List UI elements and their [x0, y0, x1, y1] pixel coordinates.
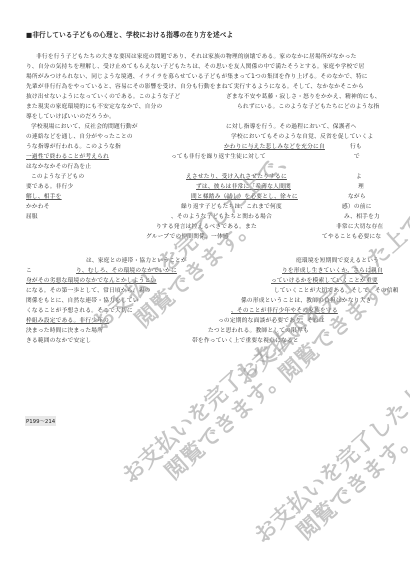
text-segment: 庭環境を短期間で変えるという [296, 256, 379, 266]
text-line: の連絡などを通し、自分がやったことの学校においてもそのような自覚、反省を促してい… [26, 132, 386, 142]
text-segment: 先輩が非行行為をやっていると、容易にその影響を受け、自分も行動をまねて実行するよ… [26, 82, 364, 92]
text-segment: っても非行を繰り返す生徒に対して [171, 152, 266, 162]
text-segment: えさせたり、受け入れさせたりするに [186, 172, 287, 182]
payment-watermark: お支払いを完了した上で、閲覧できます。 [250, 354, 410, 569]
text-segment: たつと思われる。教師としての限界も [208, 326, 309, 336]
text-line: 解し、相手を間と様踏み（試し）を必要とし、徐々にながら [26, 192, 386, 202]
text-segment: っの定期的な面談が必要であり、それは [218, 316, 325, 326]
text-segment: りを形成し生きていくか、さらに親自 [282, 266, 383, 276]
text-segment: ざまな不安や葛藤・寂しさ・怒りをかかえ、精神的にも、 [226, 92, 381, 102]
text-line: になる。その第一歩として、常日頃から、親のしていくことが大切である。そして、その… [26, 286, 386, 296]
text-line: かかわそ繰り返す子どもたちは、これまで何度感）の前に [26, 202, 386, 212]
text-segment: 導をしていけばいいのだろうか。 [26, 112, 115, 122]
text-segment: よ [356, 172, 362, 182]
text-segment: 、そのことが非行少年やその家族を守る [231, 306, 338, 316]
text-line: くなることが予想される。そこで大切に、そのことが非行少年やその家族を守る [26, 306, 386, 316]
text-line: りする発言は控えるべきである。また非常に大切な存在 [26, 222, 386, 232]
text-line: 関係をもとに、自然な連帯・協力をしてい係の形成ということは、教師の負担はかなり大… [26, 296, 386, 306]
text-segment: は、家庭との連帯・協力ということが [86, 256, 187, 266]
text-line: 先輩が非行行為をやっていると、容易にその影響を受け、自分も行動をまねて実行するよ… [26, 82, 386, 92]
text-segment: になる。その第一歩として、常日頃から、親の [26, 286, 151, 296]
text-segment: 繰り返す子どもたちは、これまで何度 [181, 202, 282, 212]
report-title: ■非行している子どもの心理と、学校における指導の在り方を述べよ [26, 29, 233, 39]
text-segment: 学校においてもそのような自覚、反省を促していくよ [231, 132, 374, 142]
document-page: ■非行している子どもの心理と、学校における指導の在り方を述べよ 非行を行う子ども… [0, 0, 410, 580]
text-segment: 係の形成ということは、教師の負担はかなり大き [241, 296, 372, 306]
text-segment: り、むしろ、その環境のなかでいかに [76, 266, 177, 276]
text-segment: 帯を作っていく上で重要な視点になると [192, 336, 299, 346]
text-line: このような子どものえさせたり、受け入れさせたりするによ [26, 172, 386, 182]
text-line: 要である。非行少ずは、彼らは非常に「希薄な人間関理 [26, 182, 386, 192]
text-segment: くなることが予想される。そこで大切に [26, 306, 133, 316]
text-line: 身がその劣悪な環境のなかでなんとかしようといっていけるかを模索していくことが重要 [26, 276, 386, 286]
text-segment: 非行を行う子どもたちの大きな要因は家庭の問題であり、それは家族の物理的崩壊である… [36, 52, 357, 62]
text-line: こり、むしろ、その環境のなかでいかにりを形成し生きていくか、さらに親自 [26, 266, 386, 276]
text-segment: 関係をもとに、自然な連帯・協力をしてい [26, 296, 139, 306]
text-segment: 非常に大切な存在 [336, 222, 384, 232]
text-segment: に対し指導を行う。その過程において、保護者へ [226, 122, 357, 132]
text-line: 非行を行う子どもたちの大きな要因は家庭の問題であり、それは家族の物理的崩壊である… [26, 52, 386, 62]
text-line: 学校現場において、反社会的問題行動がに対し指導を行う。その過程において、保護者へ [26, 122, 386, 132]
text-segment: 一過性で終わることが考えられ [26, 152, 109, 162]
text-segment: ながら [348, 192, 366, 202]
text-segment: 抜け出せないようになっていくのである。このような子ど [26, 92, 180, 102]
text-segment: の連絡などを通し、自分がやったことの [26, 132, 133, 142]
text-segment: み、相手を力 [344, 212, 380, 222]
page-reference: P199～214 [25, 416, 56, 426]
text-segment: うな指導が行われる。このような指 [26, 142, 121, 152]
text-line: はなかなかその行為を止 [26, 162, 386, 172]
text-segment: かかわそ [26, 202, 50, 212]
text-line: 導をしていけばいいのだろうか。 [26, 112, 386, 122]
text-segment: られずにいる。このような子どもたちにどのような指 [237, 102, 380, 112]
text-segment: 身がその劣悪な環境のなかでなんとかしようとい [26, 276, 157, 286]
text-segment: 枠組み設定である。非行少年の [26, 316, 109, 326]
text-line: また現実の家庭環境的にも不安定ななかで、自分のられずにいる。このような子どもたち… [26, 102, 386, 112]
text-segment: かわりに与えた悲しみなどを充分に自 [224, 142, 325, 152]
text-segment: 解し、相手を [26, 192, 62, 202]
text-line: グループでの仲間関係、一体感てやることも必要にな [26, 232, 386, 242]
text-segment: りする発言は控えるべきである。また [156, 222, 257, 232]
text-segment: っていけるかを模索していくことが重要 [271, 276, 378, 286]
text-line: 抜け出せないようになっていくのである。このような子どざまな不安や葛藤・寂しさ・怒… [26, 92, 386, 102]
text-segment: 決まった時間に決まった場所 [26, 326, 103, 336]
text-line: うな指導が行われる。このような指かわりに与えた悲しみなどを充分に自行も [26, 142, 386, 152]
text-segment: 行も [350, 142, 362, 152]
text-line: は、家庭との連帯・協力ということが庭環境を短期間で変えるという [26, 256, 386, 266]
text-segment: グループでの仲間関係、一体感 [146, 232, 229, 242]
text-segment: していくことが大切である。そして、その信頼 [274, 286, 399, 296]
text-segment: きる範囲のなかで安定し [26, 336, 91, 346]
text-segment: こ [26, 266, 32, 276]
text-line: り、自分の気持ちを理解し、受け止めてもらえない子どもたちは、その思いを友人関係の… [26, 62, 386, 72]
text-segment: 間と様踏み（試し）を必要とし、徐々に [191, 192, 298, 202]
text-segment: 要である。非行少 [26, 182, 74, 192]
text-line: 枠組み設定である。非行少年のっの定期的な面談が必要であり、それは [26, 316, 386, 326]
text-segment: てやることも必要にな [322, 232, 381, 242]
watermark-line-2: 閲覧できます。 [267, 373, 410, 569]
text-line: 屈服、そのような子どもたちと関わる場合み、相手を力 [26, 212, 386, 222]
text-segment: 感）の前に [342, 202, 372, 212]
text-segment: り、自分の気持ちを理解し、受け止めてもらえない子どもたちは、その思いを友人関係の… [26, 62, 364, 72]
watermark-line-1: お支払いを完了した上で、 [250, 354, 410, 550]
text-segment: 学校現場において、反社会的問題行動が [31, 122, 138, 132]
text-segment: ずは、彼らは非常に「希薄な人間関 [196, 182, 291, 192]
text-segment: このような子どもの [31, 172, 84, 182]
text-line: 一過性で終わることが考えられっても非行を繰り返す生徒に対してで [26, 152, 386, 162]
text-segment: また現実の家庭環境的にも不安定ななかで、自分の [26, 102, 162, 112]
text-segment: 場所がみつけられない、同じような境遇、イライラを募らせている子どもが集まって1つ… [26, 72, 368, 82]
text-segment: 、そのような子どもたちと関わる場合 [171, 212, 272, 222]
text-line: 決まった時間に決まった場所たつと思われる。教師としての限界も [26, 326, 386, 336]
text-segment: 理 [358, 182, 364, 192]
text-line: きる範囲のなかで安定し帯を作っていく上で重要な視点になると [26, 336, 386, 346]
text-segment: 屈服 [26, 212, 38, 222]
text-segment: で [354, 152, 360, 162]
text-segment: はなかなかその行為を止 [26, 162, 91, 172]
text-line: 場所がみつけられない、同じような境遇、イライラを募らせている子どもが集まって1つ… [26, 72, 386, 82]
